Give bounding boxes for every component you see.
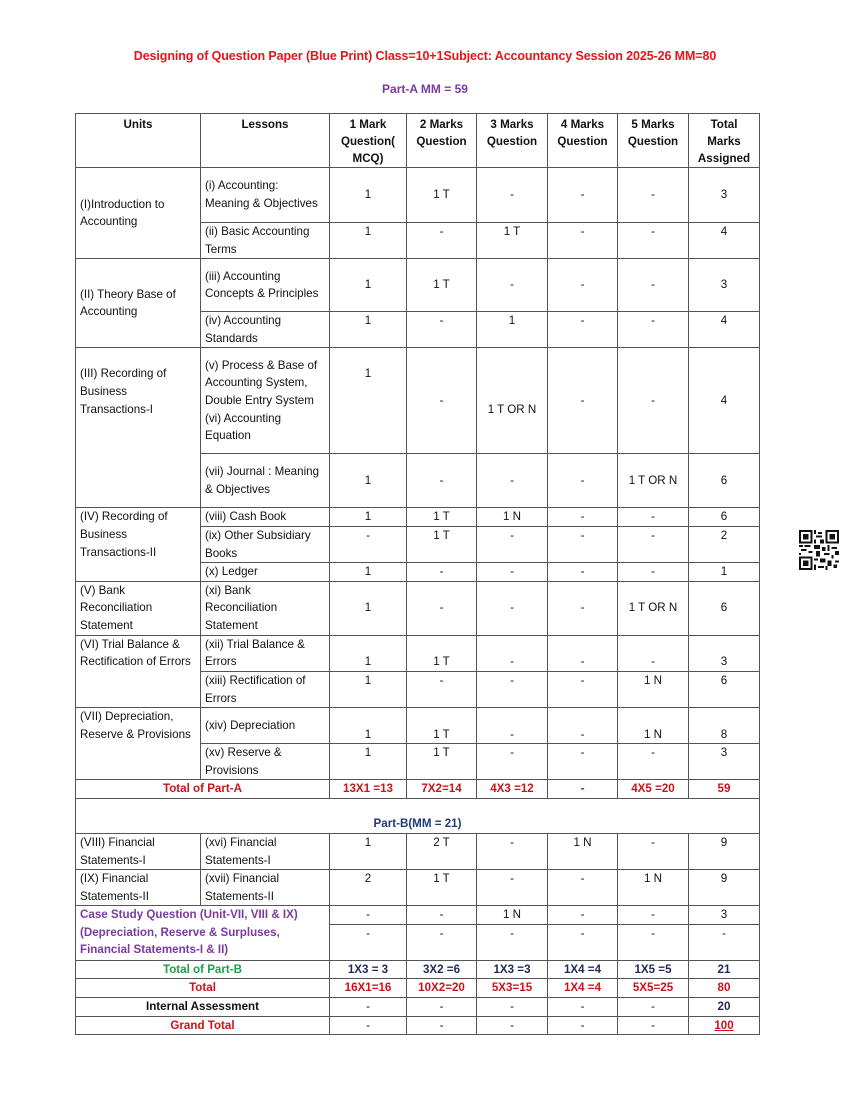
cell-2-marks: 7X2=14 (407, 780, 477, 799)
cell-total: 20 (689, 998, 760, 1017)
cell-3-marks: - (477, 708, 548, 744)
internal-assessment-row: Internal Assessment - - - - - 20 (76, 998, 760, 1017)
cell-1-mark: - (330, 906, 407, 925)
lesson-cell: (vii) Journal : Meaning & Objectives (201, 454, 330, 508)
cell-3-marks: 1 N (477, 906, 548, 925)
cell-3-marks: - (477, 1016, 548, 1035)
table-row: (V) Bank Reconciliation Statement (xi) B… (76, 581, 760, 635)
cell-1-mark: 1 (330, 168, 407, 223)
cell-1-mark: - (330, 526, 407, 562)
cell-2-marks: 1 T (407, 259, 477, 312)
cell-1-mark: 1 (330, 635, 407, 671)
lesson-cell: (iv) Accounting Standards (201, 312, 330, 348)
cell-3-marks: - (477, 259, 548, 312)
cell-2-marks: 3X2 =6 (407, 960, 477, 979)
internal-assessment-label: Internal Assessment (76, 998, 330, 1017)
cell-4-marks: - (548, 223, 618, 259)
table-row: (IX) Financial Statements-II (xvii) Fina… (76, 870, 760, 906)
cell-1-mark: 1 (330, 744, 407, 780)
total-part-b-row: Total of Part-B 1X3 = 3 3X2 =6 1X3 =3 1X… (76, 960, 760, 979)
cell-5-marks: - (618, 168, 689, 223)
cell-4-marks: - (548, 348, 618, 454)
cell-1-mark: 1 (330, 671, 407, 707)
cell-4-marks: - (548, 259, 618, 312)
header-units: Units (76, 114, 201, 168)
lesson-cell: (ii) Basic Accounting Terms (201, 223, 330, 259)
cell-total: - (689, 924, 760, 960)
cell-3-marks: - (477, 998, 548, 1017)
cell-total: 3 (689, 168, 760, 223)
cell-total: 3 (689, 744, 760, 780)
cell-2-marks: 1 T (407, 526, 477, 562)
lesson-cell: (v) Process & Base of Accounting System,… (201, 348, 330, 454)
cell-4-marks: - (548, 998, 618, 1017)
lesson-cell: (xvi) Financial Statements-I (201, 833, 330, 869)
cell-5-marks: - (618, 635, 689, 671)
cell-4-marks: - (548, 671, 618, 707)
lesson-cell: (xii) Trial Balance & Errors (201, 635, 330, 671)
unit-cell: (I)Introduction to Accounting (76, 168, 201, 259)
document-title: Designing of Question Paper (Blue Print)… (0, 49, 850, 63)
header-1-mark: 1 Mark Question( MCQ) (330, 114, 407, 168)
header-2-marks: 2 Marks Question (407, 114, 477, 168)
cell-3-marks: 1X3 =3 (477, 960, 548, 979)
cell-4-marks: - (548, 168, 618, 223)
cell-3-marks: 1 N (477, 508, 548, 527)
cell-3-marks: - (477, 581, 548, 635)
cell-3-marks: - (477, 671, 548, 707)
cell-total: 2 (689, 526, 760, 562)
cell-3-marks: - (477, 526, 548, 562)
cell-total: 4 (689, 312, 760, 348)
header-lessons: Lessons (201, 114, 330, 168)
cell-4-marks: - (548, 780, 618, 799)
cell-5-marks: - (618, 508, 689, 527)
grand-total-value-cell: 100 (689, 1016, 760, 1035)
cell-4-marks: - (548, 1016, 618, 1035)
table-row: (VIII) Financial Statements-I (xvi) Fina… (76, 833, 760, 869)
cell-3-marks: - (477, 563, 548, 582)
cell-1-mark: 1 (330, 223, 407, 259)
cell-3-marks: 1 T OR N (477, 348, 548, 454)
cell-1-mark: 2 (330, 870, 407, 906)
cell-total: 6 (689, 581, 760, 635)
header-total: Total Marks Assigned (689, 114, 760, 168)
cell-5-marks: - (618, 312, 689, 348)
cell-5-marks: 1 T OR N (618, 581, 689, 635)
cell-5-marks: 4X5 =20 (618, 780, 689, 799)
cell-3-marks: - (477, 924, 548, 960)
cell-5-marks: - (618, 348, 689, 454)
cell-5-marks: 1X5 =5 (618, 960, 689, 979)
cell-5-marks: - (618, 526, 689, 562)
cell-total: 6 (689, 508, 760, 527)
cell-1-mark: - (330, 1016, 407, 1035)
cell-4-marks: - (548, 312, 618, 348)
cell-1-mark: 1 (330, 581, 407, 635)
lesson-cell: (ix) Other Subsidiary Books (201, 526, 330, 562)
cell-total: 21 (689, 960, 760, 979)
cell-5-marks: 1 T OR N (618, 454, 689, 508)
cell-5-marks: 1 N (618, 870, 689, 906)
cell-2-marks: - (407, 454, 477, 508)
table-row: (VII) Depreciation, Reserve & Provisions… (76, 708, 760, 744)
cell-5-marks: - (618, 924, 689, 960)
cell-1-mark: 16X1=16 (330, 979, 407, 998)
grand-total-value: 100 (714, 1019, 733, 1032)
table-row: (I)Introduction to Accounting (i) Accoun… (76, 168, 760, 223)
cell-1-mark: 1 (330, 708, 407, 744)
cell-total: 6 (689, 671, 760, 707)
cell-5-marks: - (618, 563, 689, 582)
cell-2-marks: - (407, 223, 477, 259)
cell-3-marks: - (477, 635, 548, 671)
cell-3-marks: - (477, 454, 548, 508)
total-part-a-row: Total of Part-A 13X1 =13 7X2=14 4X3 =12 … (76, 780, 760, 799)
cell-2-marks: - (407, 906, 477, 925)
cell-2-marks: - (407, 581, 477, 635)
cell-2-marks: 10X2=20 (407, 979, 477, 998)
total-row: Total 16X1=16 10X2=20 5X3=15 1X4 =4 5X5=… (76, 979, 760, 998)
cell-2-marks: 1 T (407, 508, 477, 527)
grand-total-label: Grand Total (76, 1016, 330, 1035)
grand-total-row: Grand Total - - - - - 100 (76, 1016, 760, 1035)
cell-4-marks: 1X4 =4 (548, 960, 618, 979)
cell-5-marks: - (618, 223, 689, 259)
lesson-cell: (x) Ledger (201, 563, 330, 582)
cell-2-marks: - (407, 671, 477, 707)
cell-1-mark: 13X1 =13 (330, 780, 407, 799)
cell-1-mark: 1 (330, 348, 407, 454)
cell-1-mark: 1X3 = 3 (330, 960, 407, 979)
cell-3-marks: - (477, 833, 548, 869)
lesson-cell: (iii) Accounting Concepts & Principles (201, 259, 330, 312)
cell-4-marks: - (548, 708, 618, 744)
cell-2-marks: - (407, 924, 477, 960)
cell-total: 3 (689, 635, 760, 671)
unit-cell: (IV) Recording of Business Transactions-… (76, 508, 201, 581)
cell-1-mark: 1 (330, 259, 407, 312)
cell-3-marks: - (477, 870, 548, 906)
lesson-cell: (xvii) Financial Statements-II (201, 870, 330, 906)
cell-2-marks: 1 T (407, 744, 477, 780)
cell-1-mark: - (330, 924, 407, 960)
table-row: (VI) Trial Balance & Rectification of Er… (76, 635, 760, 671)
cell-3-marks: 1 (477, 312, 548, 348)
cell-4-marks: - (548, 635, 618, 671)
cell-4-marks: - (548, 581, 618, 635)
total-part-b-label: Total of Part-B (76, 960, 330, 979)
cell-5-marks: - (618, 744, 689, 780)
cell-2-marks: - (407, 348, 477, 454)
part-b-heading: Part-B(MM = 21) (76, 798, 760, 833)
cell-2-marks: 1 T (407, 168, 477, 223)
cell-3-marks: - (477, 744, 548, 780)
cell-total: 3 (689, 906, 760, 925)
cell-5-marks: - (618, 1016, 689, 1035)
cell-4-marks: - (548, 526, 618, 562)
lesson-cell: (xv) Reserve & Provisions (201, 744, 330, 780)
cell-4-marks: - (548, 454, 618, 508)
table-row: (IV) Recording of Business Transactions-… (76, 508, 760, 527)
cell-total: 59 (689, 780, 760, 799)
cell-2-marks: 1 T (407, 708, 477, 744)
cell-total: 9 (689, 833, 760, 869)
cell-3-marks: 5X3=15 (477, 979, 548, 998)
cell-5-marks: - (618, 906, 689, 925)
cell-4-marks: 1 N (548, 833, 618, 869)
header-5-marks: 5 Marks Question (618, 114, 689, 168)
cell-4-marks: - (548, 906, 618, 925)
cell-5-marks: 1 N (618, 671, 689, 707)
cell-2-marks: 1 T (407, 635, 477, 671)
cell-4-marks: - (548, 924, 618, 960)
cell-1-mark: 1 (330, 312, 407, 348)
lesson-cell: (xiv) Depreciation (201, 708, 330, 744)
cell-1-mark: 1 (330, 563, 407, 582)
table-header-row: Units Lessons 1 Mark Question( MCQ) 2 Ma… (76, 114, 760, 168)
cell-2-marks: 2 T (407, 833, 477, 869)
cell-total: 6 (689, 454, 760, 508)
unit-cell: (IX) Financial Statements-II (76, 870, 201, 906)
unit-cell: (V) Bank Reconciliation Statement (76, 581, 201, 635)
cell-3-marks: - (477, 168, 548, 223)
total-part-a-label: Total of Part-A (76, 780, 330, 799)
cell-total: 80 (689, 979, 760, 998)
unit-cell: (VII) Depreciation, Reserve & Provisions (76, 708, 201, 780)
unit-cell: (VIII) Financial Statements-I (76, 833, 201, 869)
total-label: Total (76, 979, 330, 998)
lesson-cell: (viii) Cash Book (201, 508, 330, 527)
cell-4-marks: - (548, 870, 618, 906)
part-a-heading: Part-A MM = 59 (0, 82, 850, 96)
lesson-cell: (xiii) Rectification of Errors (201, 671, 330, 707)
cell-4-marks: - (548, 508, 618, 527)
blueprint-table: Units Lessons 1 Mark Question( MCQ) 2 Ma… (75, 113, 760, 1035)
cell-1-mark: 1 (330, 833, 407, 869)
lesson-cell: (i) Accounting: Meaning & Objectives (201, 168, 330, 223)
cell-2-marks: 1 T (407, 870, 477, 906)
case-study-row: Case Study Question (Unit-VII, VIII & IX… (76, 906, 760, 925)
cell-2-marks: - (407, 1016, 477, 1035)
cell-5-marks: - (618, 833, 689, 869)
cell-2-marks: - (407, 563, 477, 582)
header-4-marks: 4 Marks Question (548, 114, 618, 168)
cell-5-marks: 5X5=25 (618, 979, 689, 998)
table-row: (II) Theory Base of Accounting (iii) Acc… (76, 259, 760, 312)
cell-5-marks: - (618, 259, 689, 312)
qr-code-icon (799, 530, 839, 570)
lesson-cell: (xi) Bank Reconciliation Statement (201, 581, 330, 635)
cell-5-marks: - (618, 998, 689, 1017)
cell-total: 8 (689, 708, 760, 744)
cell-2-marks: - (407, 312, 477, 348)
cell-3-marks: 4X3 =12 (477, 780, 548, 799)
cell-1-mark: 1 (330, 508, 407, 527)
cell-total: 9 (689, 870, 760, 906)
cell-total: 3 (689, 259, 760, 312)
unit-cell: (VI) Trial Balance & Rectification of Er… (76, 635, 201, 707)
cell-2-marks: - (407, 998, 477, 1017)
unit-cell: (III) Recording of Business Transactions… (76, 348, 201, 508)
cell-5-marks: 1 N (618, 708, 689, 744)
cell-3-marks: 1 T (477, 223, 548, 259)
cell-4-marks: - (548, 744, 618, 780)
unit-cell: (II) Theory Base of Accounting (76, 259, 201, 348)
table-row: (III) Recording of Business Transactions… (76, 348, 760, 454)
header-3-marks: 3 Marks Question (477, 114, 548, 168)
cell-1-mark: 1 (330, 454, 407, 508)
part-b-heading-row: Part-B(MM = 21) (76, 798, 760, 833)
cell-total: 4 (689, 348, 760, 454)
cell-total: 4 (689, 223, 760, 259)
cell-1-mark: - (330, 998, 407, 1017)
cell-4-marks: - (548, 563, 618, 582)
cell-total: 1 (689, 563, 760, 582)
cell-4-marks: 1X4 =4 (548, 979, 618, 998)
case-study-label: Case Study Question (Unit-VII, VIII & IX… (76, 906, 330, 961)
